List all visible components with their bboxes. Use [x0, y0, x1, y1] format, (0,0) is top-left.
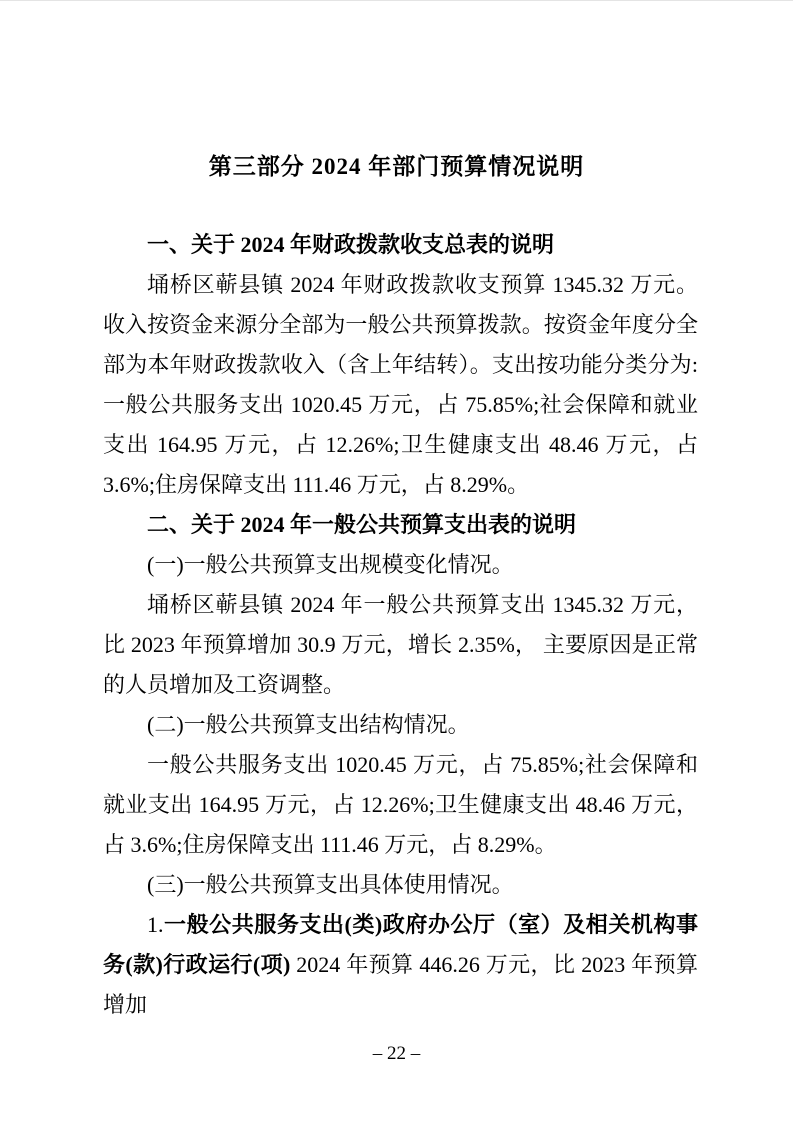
subsection-2-paragraph: 一般公共服务支出 1020.45 万元，占 75.85%;社会保障和就业支出 1…	[103, 745, 698, 865]
document-body: 一、关于 2024 年财政拨款收支总表的说明 埇桥区蕲县镇 2024 年财政拨款…	[103, 225, 698, 1025]
subsection-1-heading: (一)一般公共预算支出规模变化情况。	[103, 545, 698, 585]
document-page: 第三部分 2024 年部门预算情况说明 一、关于 2024 年财政拨款收支总表的…	[0, 0, 793, 1122]
section-1-paragraph: 埇桥区蕲县镇 2024 年财政拨款收支预算 1345.32 万元。收入按资金来源…	[103, 265, 698, 505]
subsection-1-paragraph: 埇桥区蕲县镇 2024 年一般公共预算支出 1345.32 万元，比 2023 …	[103, 585, 698, 705]
item-1-number: 1.	[147, 912, 164, 937]
section-1-heading: 一、关于 2024 年财政拨款收支总表的说明	[103, 225, 698, 265]
section-2-heading: 二、关于 2024 年一般公共预算支出表的说明	[103, 505, 698, 545]
document-title: 第三部分 2024 年部门预算情况说明	[0, 147, 793, 187]
item-1-paragraph: 1.一般公共服务支出(类)政府办公厅（室）及相关机构事务(款)行政运行(项) 2…	[103, 905, 698, 1025]
subsection-3-heading: (三)一般公共预算支出具体使用情况。	[103, 865, 698, 905]
page-number: – 22 –	[0, 1039, 793, 1069]
subsection-2-heading: (二)一般公共预算支出结构情况。	[103, 705, 698, 745]
